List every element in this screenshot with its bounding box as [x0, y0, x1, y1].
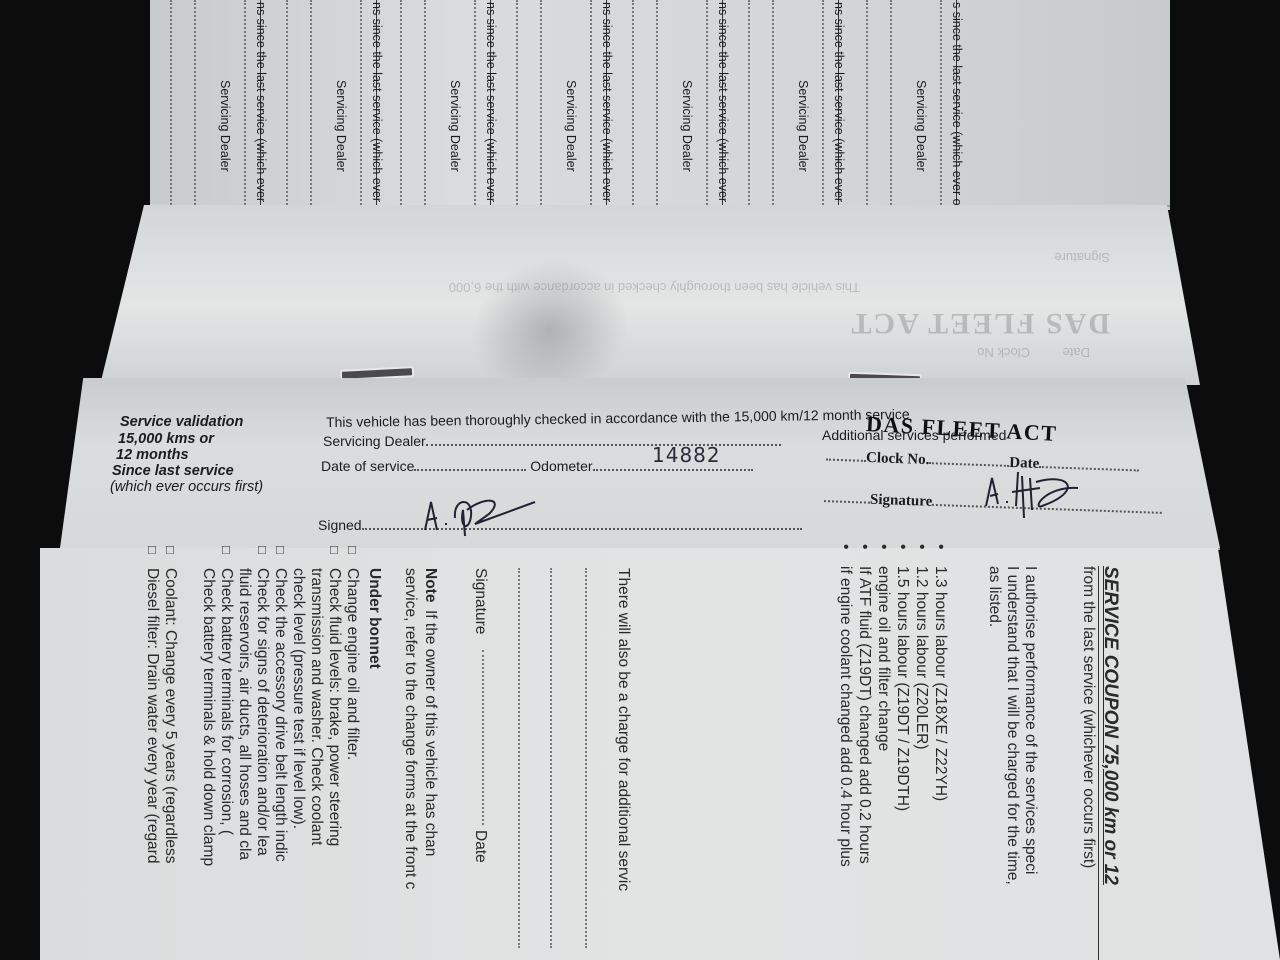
column-interval-text: ns since the last service (which ever oc… — [832, 2, 846, 225]
servicing-dealer-label: Servicing Dealer — [334, 80, 348, 172]
dotted-entry-line[interactable] — [310, 0, 312, 205]
note-label: Note — [420, 568, 440, 602]
labour-item: 1.5 hours labour (Z19DT / Z19DTH) — [892, 544, 912, 811]
labour-item: 1.3 hours labour (Z18XE / Z22YH) — [930, 544, 950, 801]
dotted-entry-line[interactable] — [516, 0, 518, 205]
checklist-item-cont: transmission and washer. Check coolant — [306, 568, 326, 845]
dotted-entry-line[interactable] — [194, 0, 196, 205]
coupon-subtitle: from the last service (whichever occurs … — [1078, 566, 1098, 868]
checklist-item[interactable]: Diesel filter: Drain water every year (r… — [142, 546, 162, 863]
dotted-entry-line[interactable] — [244, 0, 246, 205]
dotted-entry-line[interactable] — [474, 0, 476, 205]
servicing-dealer-label: Servicing Dealer — [448, 80, 462, 172]
under-bonnet-heading: Under bonnet — [364, 568, 384, 669]
coupon-signature-label: Signature — [470, 568, 490, 634]
dotted-entry-line[interactable] — [590, 0, 592, 205]
dotted-entry-line[interactable] — [424, 0, 426, 205]
folded-page-back: DAS FLEET ACT This vehicle has been thor… — [100, 205, 1200, 385]
dotted-entry-line[interactable] — [286, 0, 288, 205]
service-record-column: ns since the last service (which ever oc… — [728, 0, 839, 205]
checklist-item[interactable]: Coolant: Change every 5 years (regardles… — [160, 546, 180, 864]
servicing-dealer-label: Servicing Dealer — [564, 80, 578, 172]
dotted-entry-line[interactable] — [866, 0, 868, 205]
checklist-item[interactable]: Check the accessory drive belt length in… — [270, 546, 290, 862]
note-text: If the owner of this vehicle has chan — [420, 610, 440, 856]
dotted-entry-line[interactable] — [540, 0, 542, 205]
coupon-date-label: Date — [470, 830, 490, 863]
additional-charge-text: There will also be a charge for addition… — [613, 568, 633, 891]
service-record-column: ns since the last service (which ever oc… — [496, 0, 607, 205]
authorisation-text: as listed. — [984, 566, 1004, 627]
servicing-dealer-label: Servicing Dealer — [680, 80, 694, 172]
coupon-title-underline — [1098, 566, 1099, 960]
service-record-column: ns since the last service (which ever oc… — [266, 0, 377, 205]
dotted-entry-line[interactable] — [656, 0, 658, 205]
servicing-dealer-label: Servicing Dealer — [914, 80, 928, 172]
note-text: service, refer to the change forms at th… — [400, 568, 420, 889]
dotted-entry-line[interactable] — [170, 0, 172, 205]
signed-field[interactable]: Signed — [318, 516, 802, 533]
servicing-dealer-label: Servicing Dealer — [796, 80, 810, 172]
signature-mark — [415, 488, 545, 538]
authorisation-text: I understand that I will be charged for … — [1002, 566, 1022, 885]
checklist-item[interactable]: Check for signs of deterioration and/or … — [252, 546, 272, 856]
coupon-signature-line[interactable] — [482, 650, 484, 825]
odometer-value[interactable]: 14882 — [652, 443, 721, 467]
dotted-entry-line[interactable] — [400, 0, 402, 205]
service-record-column: ns since the last service (which ever oc… — [150, 0, 261, 205]
dotted-entry-line[interactable] — [890, 0, 892, 205]
validation-months: 12 months — [116, 447, 189, 463]
service-requirements-panel: ns since the last service (which ever oc… — [150, 0, 1170, 210]
labour-item: if engine coolant changed add 0.4 hour p… — [835, 544, 855, 867]
dotted-entry-line[interactable] — [822, 0, 824, 205]
blank-entry-line[interactable] — [518, 568, 520, 948]
column-interval-text: s since the last service (which ever occ — [950, 2, 964, 218]
dotted-entry-line[interactable] — [706, 0, 708, 205]
authorisation-text: I authorise performance of the services … — [1020, 566, 1040, 874]
dotted-entry-line[interactable] — [940, 0, 942, 205]
dotted-entry-line[interactable] — [360, 0, 362, 205]
service-requirements-heading: L SERVICE REQUIREMENTS — [1197, 8, 1214, 212]
blank-entry-line[interactable] — [585, 568, 587, 948]
labour-item: If ATF fluid (Z19DT) changed add 0.2 hou… — [854, 544, 874, 864]
service-record-column: s since the last service (which ever occ… — [846, 0, 957, 205]
show-through-text: DAS FLEET ACT This vehicle has been thor… — [100, 205, 1200, 385]
labour-item: engine oil and filter change — [873, 544, 893, 751]
checklist-item[interactable]: Change engine oil and filter. — [342, 546, 362, 760]
checklist-item[interactable]: Check fluid levels: brake, power steerin… — [324, 546, 344, 846]
stamp-signature-mark — [982, 466, 1092, 526]
validation-title: Service validation — [120, 414, 243, 430]
service-record-column: ns since the last service (which ever oc… — [612, 0, 723, 205]
validation-whichever: (which ever occurs first) — [110, 479, 263, 495]
dotted-entry-line[interactable] — [748, 0, 750, 205]
blank-entry-line[interactable] — [550, 568, 552, 948]
service-record-column: ns since the last service (which ever oc… — [380, 0, 491, 205]
labour-item: 1.2 hours labour (Z20LER) — [911, 544, 931, 750]
checklist-item-cont: fluid reservoirs, air ducts, all hoses a… — [234, 568, 254, 860]
validation-since: Since last service — [112, 463, 234, 479]
validation-km: 15,000 kms or — [118, 431, 214, 447]
servicing-dealer-label: Servicing Dealer — [218, 80, 232, 172]
coupon-title: SERVICE COUPON 75,000 km or 12 — [1100, 566, 1120, 885]
dotted-entry-line[interactable] — [632, 0, 634, 205]
checklist-item[interactable]: Check battery terminals for corrosion, ( — [216, 546, 236, 835]
dotted-entry-line[interactable] — [772, 0, 774, 205]
checklist-item-cont: check level (pressure test if level low)… — [288, 568, 308, 829]
checklist-item-cont: Check battery terminals & hold down clam… — [198, 568, 218, 866]
